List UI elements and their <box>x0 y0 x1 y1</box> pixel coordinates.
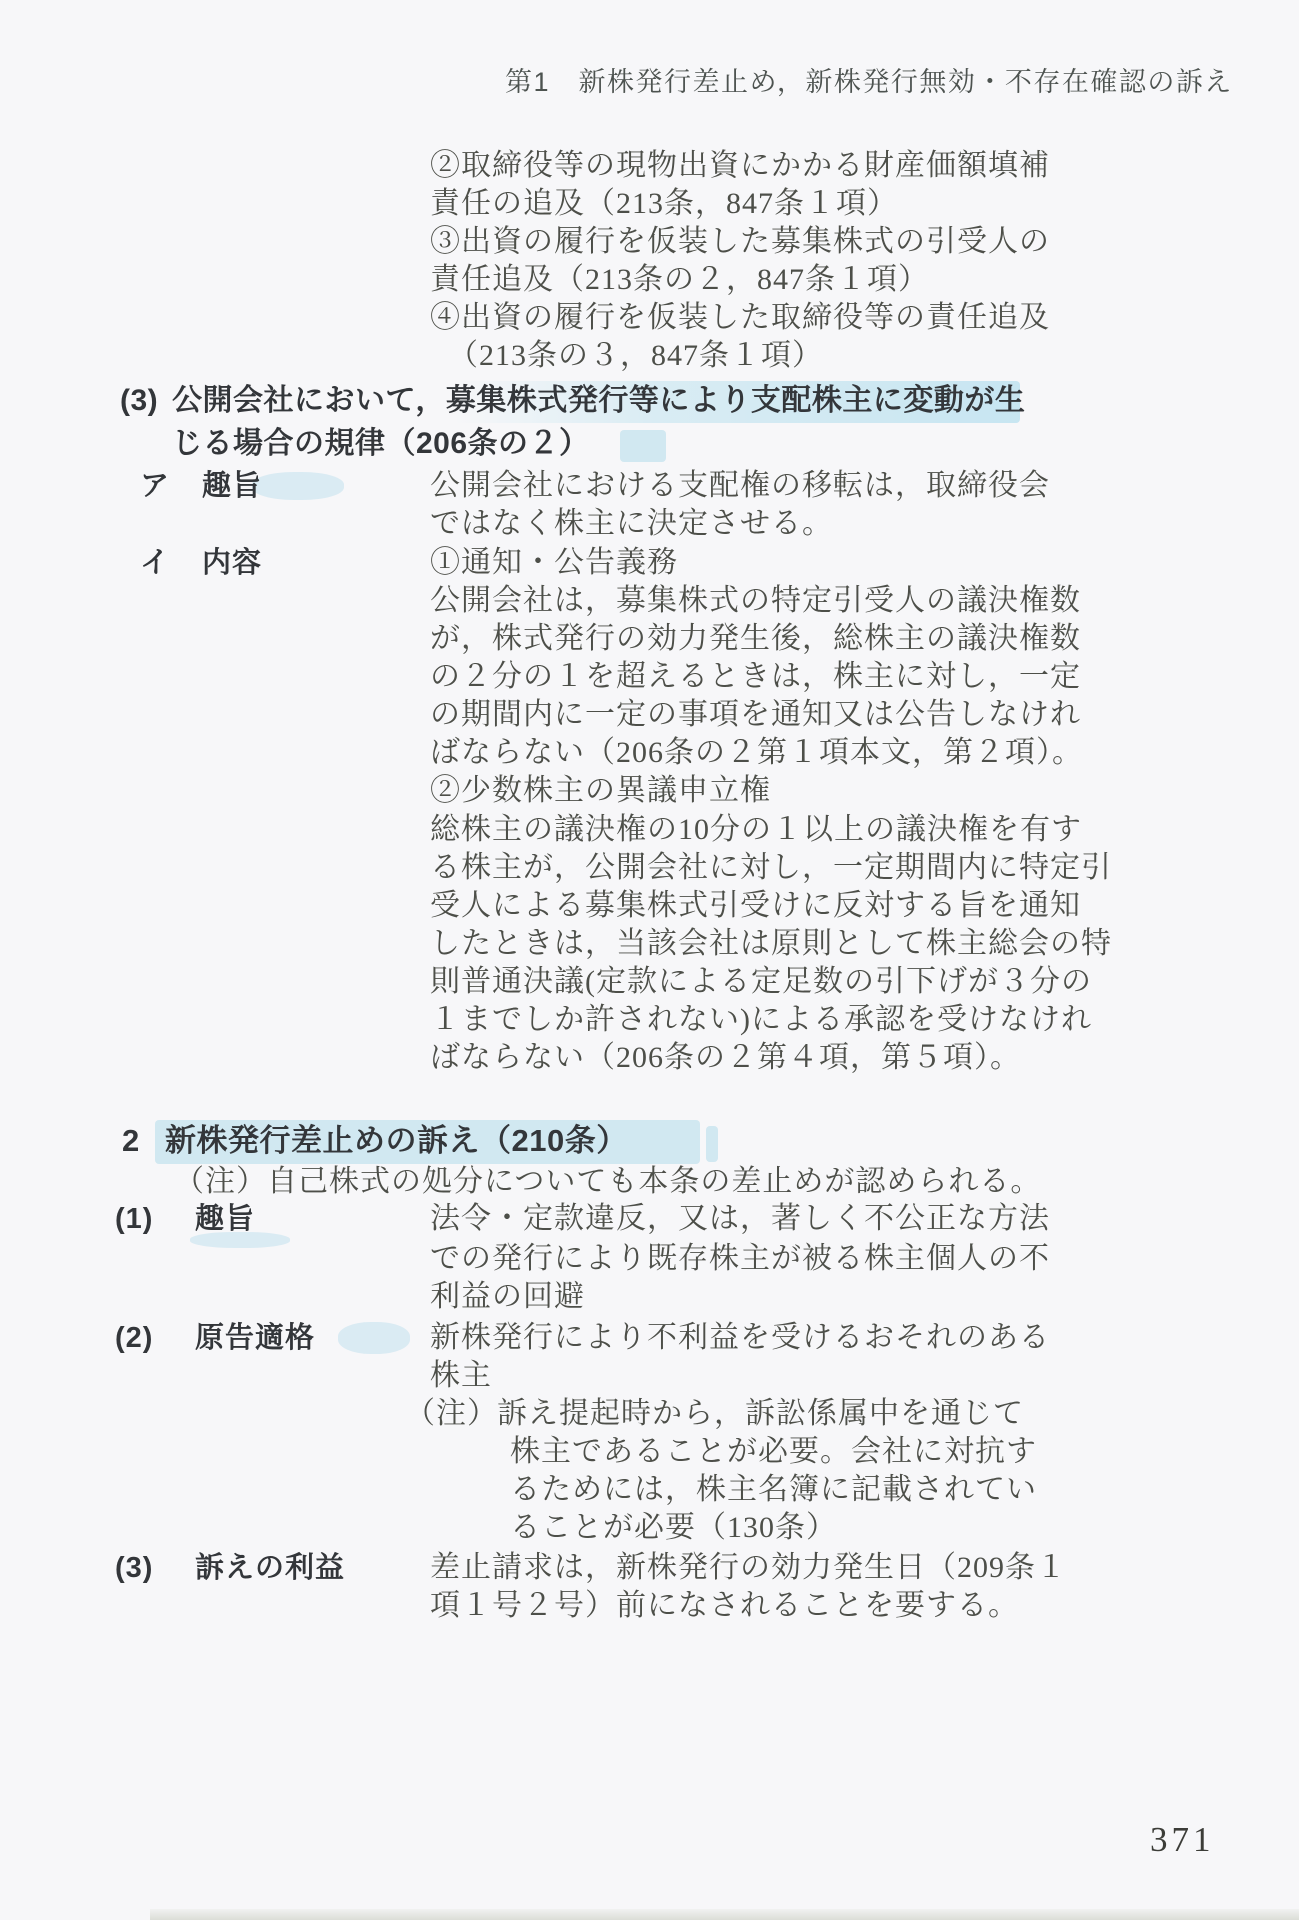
item-label: 趣旨 <box>195 1201 255 1237</box>
item-label: 訴えの利益 <box>195 1550 345 1586</box>
section2-title: 新株発行差止めの訴え（210条） <box>165 1123 628 1159</box>
body-line: 公開会社は，募集株式の特定引受人の議決権数 <box>430 583 1081 619</box>
page-number: 371 <box>1150 1822 1215 1858</box>
body-line: の２分の１を超えるときは，株主に対し，一定 <box>430 659 1081 695</box>
body-line: 新株発行により不利益を受けるおそれのある <box>430 1320 1050 1356</box>
body-line: 則普通決議(定款による定足数の引下げが３分の <box>430 964 1092 1000</box>
note-line: 訴え提起時から，訴訟係属中を通じて <box>497 1396 1024 1432</box>
item-number: (2) <box>115 1320 153 1356</box>
highlight-mark-section2-tail <box>706 1126 718 1162</box>
body-line: １までしか許されない)による承認を受けなけれ <box>430 1002 1092 1038</box>
body-line: 総株主の議決権の10分の１以上の議決権を有す <box>430 812 1082 848</box>
highlight-mark-after-genkoku <box>338 1322 410 1354</box>
body-line: での発行により既存株主が被る株主個人の不 <box>430 1241 1050 1277</box>
section3-number: (3) <box>120 383 158 419</box>
section3-title-line2: じる場合の規律（206条の２） <box>172 426 590 462</box>
body-line: ではなく株主に決定させる。 <box>430 506 833 542</box>
sub-item-label: 内容 <box>202 545 262 581</box>
sub-item-marker: イ <box>140 545 170 581</box>
scanned-book-page: 第1 新株発行差止め，新株発行無効・不存在確認の訴え ②取締役等の現物出資にかか… <box>0 0 1299 1920</box>
item-number: (1) <box>115 1201 153 1237</box>
body-line: 利益の回避 <box>430 1279 585 1315</box>
body-line: の期間内に一定の事項を通知又は公告しなけれ <box>430 697 1081 733</box>
body-line: 責任追及（213条の２，847条１項） <box>430 262 929 298</box>
note-line: るためには，株主名簿に記載されてい <box>510 1472 1037 1508</box>
running-head: 第1 新株発行差止め，新株発行無効・不存在確認の訴え <box>505 64 1233 100</box>
item-label: 原告適格 <box>195 1320 315 1356</box>
body-line: 法令・定款違反，又は，著しく不公正な方法 <box>430 1201 1050 1237</box>
body-line: ばならない（206条の２第４項，第５項）。 <box>430 1040 1021 1076</box>
body-line: ③出資の履行を仮装した募集株式の引受人の <box>430 224 1050 260</box>
note-line: 株主であることが必要。会社に対抗す <box>510 1434 1037 1470</box>
body-line: 株主 <box>430 1358 492 1394</box>
body-line: る株主が，公開会社に対し，一定期間内に特定引 <box>430 850 1112 886</box>
sub-item-marker: ア <box>140 468 170 504</box>
body-line: 項１号２号）前になされることを要する。 <box>430 1588 1019 1624</box>
body-line: 公開会社における支配権の移転は，取締役会 <box>430 468 1050 504</box>
scan-bottom-edge <box>150 1909 1299 1920</box>
body-line: ②少数株主の異議申立権 <box>430 773 771 809</box>
section3-title-line1: 公開会社において，募集株式発行等により支配株主に変動が生 <box>172 383 1025 419</box>
body-line: ばならない（206条の２第１項本文，第２項）。 <box>430 735 1083 771</box>
note-line: ることが必要（130条） <box>510 1510 837 1546</box>
body-line: ④出資の履行を仮装した取締役等の責任追及 <box>430 300 1050 336</box>
section2-number: 2 <box>122 1123 140 1159</box>
item-number: (3) <box>115 1550 153 1586</box>
highlight-mark-after-206jo <box>620 430 666 462</box>
body-line: （213条の３，847条１項） <box>448 338 823 374</box>
body-line: ②取締役等の現物出資にかかる財産価額填補 <box>430 148 1050 184</box>
note-marker: （注） <box>405 1396 498 1432</box>
section2-note: （注）自己株式の処分についても本条の差止めが認められる。 <box>174 1164 1041 1200</box>
body-line: したときは，当該会社は原則として株主総会の特 <box>430 926 1112 962</box>
highlight-mark-after-shushi-a <box>252 472 344 500</box>
body-line: が，株式発行の効力発生後，総株主の議決権数 <box>430 621 1081 657</box>
body-line: 受人による募集株式引受けに反対する旨を通知 <box>430 888 1081 924</box>
body-line: 責任の追及（213条，847条１項） <box>430 186 898 222</box>
body-line: ①通知・公告義務 <box>430 545 678 581</box>
sub-item-label: 趣旨 <box>202 468 262 504</box>
body-line: 差止請求は，新株発行の効力発生日（209条１ <box>430 1550 1067 1586</box>
